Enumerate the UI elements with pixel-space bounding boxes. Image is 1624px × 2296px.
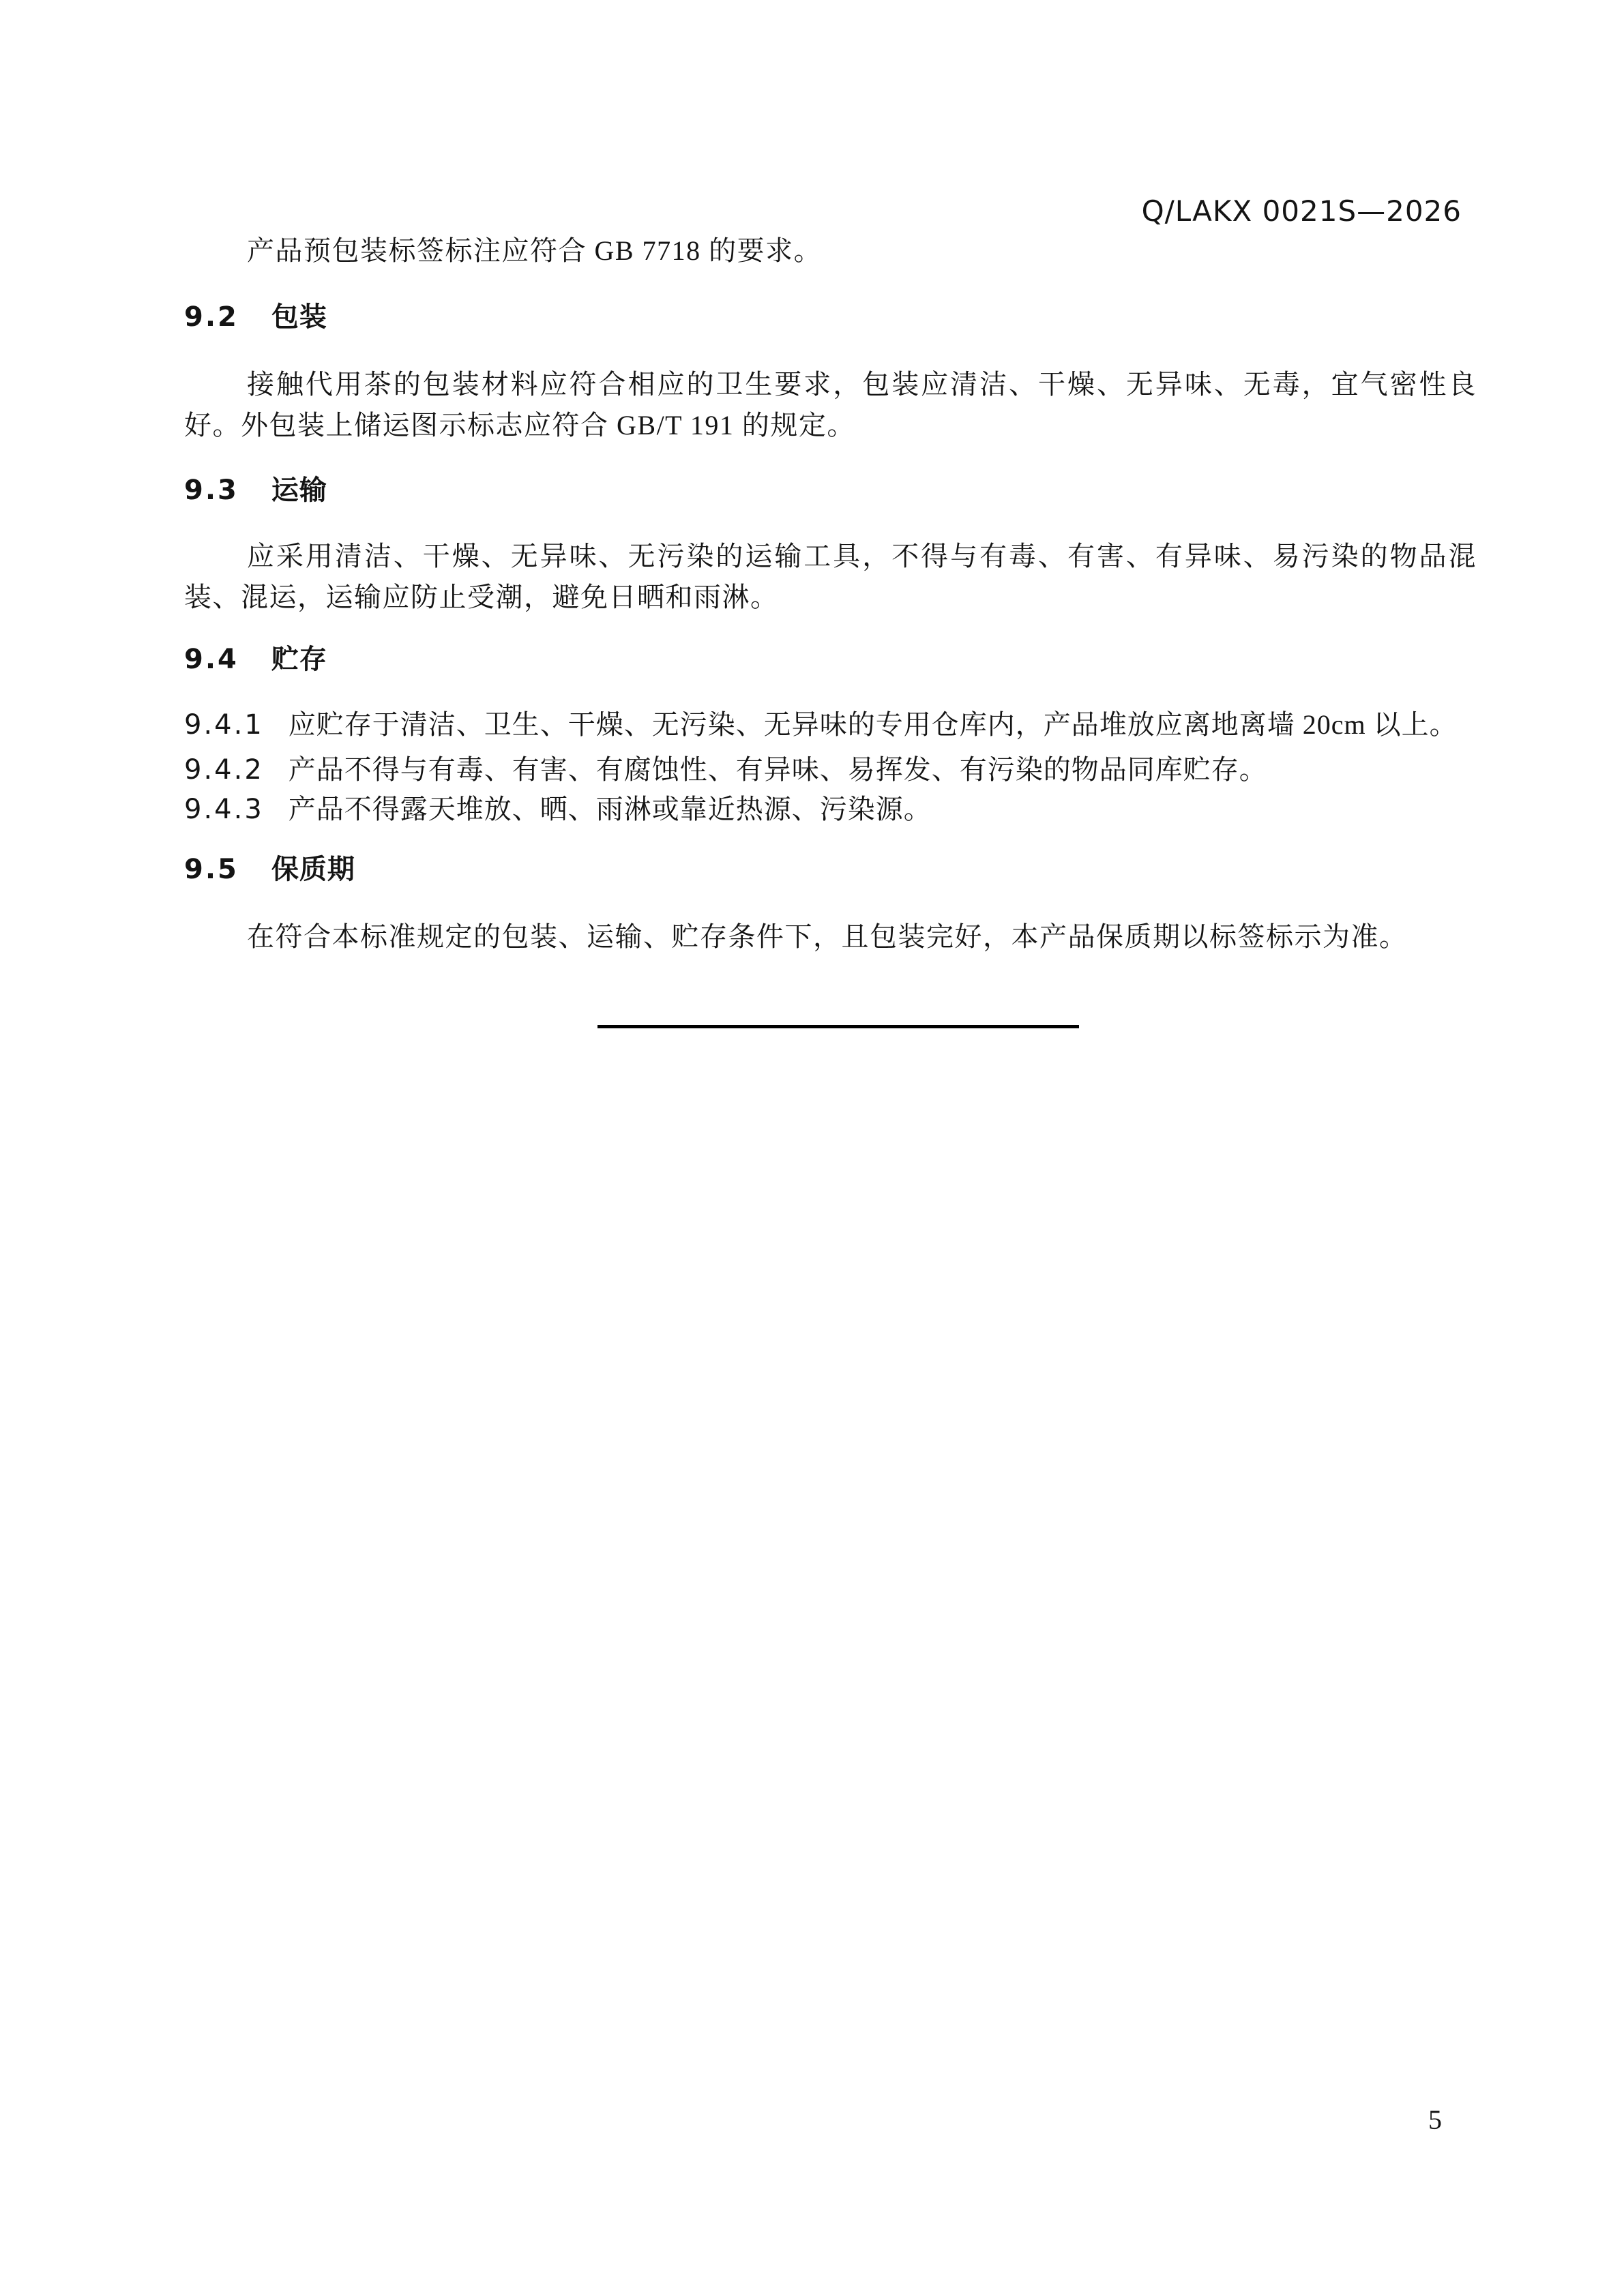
- section-number: 9.3: [184, 475, 239, 506]
- section-heading-9-2: 9.2包装: [184, 301, 1477, 333]
- section-9-5-body: 在符合本标准规定的包装、运输、贮存条件下，且包装完好，本产品保质期以标签标示为准…: [184, 916, 1477, 957]
- page-number: 5: [1428, 2104, 1442, 2136]
- section-title: 贮存: [271, 644, 327, 675]
- section-number: 9.5: [184, 854, 239, 885]
- section-9-3-body: 应采用清洁、干燥、无异味、无污染的运输工具，不得与有毒、有害、有异味、易污染的物…: [184, 536, 1477, 618]
- section-number: 9.2: [184, 301, 239, 333]
- standard-code: Q/LAKX 0021S—2026: [1142, 194, 1462, 228]
- clause-text: 产品不得与有毒、有害、有腐蚀性、有异味、易挥发、有污染的物品同库贮存。: [289, 750, 1267, 790]
- clause-number: 9.4.3: [184, 790, 264, 829]
- section-title: 包装: [271, 301, 327, 333]
- paragraph-labeling: 产品预包装标签标注应符合 GB 7718 的要求。: [184, 230, 1477, 271]
- clause-9-4-2: 9.4.2 产品不得与有毒、有害、有腐蚀性、有异味、易挥发、有污染的物品同库贮存…: [184, 750, 1477, 790]
- section-title: 运输: [271, 475, 327, 506]
- document-page: Q/LAKX 0021S—2026 产品预包装标签标注应符合 GB 7718 的…: [0, 0, 1624, 2296]
- paragraph-text: 产品预包装标签标注应符合 GB 7718 的要求。: [184, 230, 1477, 271]
- section-number: 9.4: [184, 644, 239, 675]
- section-heading-9-4: 9.4贮存: [184, 644, 1477, 675]
- clause-text: 产品不得露天堆放、晒、雨淋或靠近热源、污染源。: [289, 790, 932, 829]
- end-of-document-rule: [597, 1025, 1079, 1028]
- clause-9-4-3: 9.4.3 产品不得露天堆放、晒、雨淋或靠近热源、污染源。: [184, 790, 1477, 829]
- paragraph-text: 在符合本标准规定的包装、运输、贮存条件下，且包装完好，本产品保质期以标签标示为准…: [184, 916, 1477, 957]
- clause-text: 应贮存于清洁、卫生、干燥、无污染、无异味的专用仓库内，产品堆放应离地离墙 20c…: [289, 705, 1458, 745]
- section-heading-9-3: 9.3运输: [184, 475, 1477, 506]
- clause-number: 9.4.2: [184, 750, 264, 790]
- section-heading-9-5: 9.5保质期: [184, 854, 1477, 885]
- page-header: Q/LAKX 0021S—2026: [184, 195, 1462, 228]
- paragraph-text: 接触代用茶的包装材料应符合相应的卫生要求，包装应清洁、干燥、无异味、无毒，宜气密…: [184, 364, 1477, 446]
- clause-number: 9.4.1: [184, 705, 264, 745]
- clause-9-4-1: 9.4.1 应贮存于清洁、卫生、干燥、无污染、无异味的专用仓库内，产品堆放应离地…: [184, 705, 1477, 745]
- section-title: 保质期: [271, 854, 355, 885]
- section-9-2-body: 接触代用茶的包装材料应符合相应的卫生要求，包装应清洁、干燥、无异味、无毒，宜气密…: [184, 364, 1477, 446]
- paragraph-text: 应采用清洁、干燥、无异味、无污染的运输工具，不得与有毒、有害、有异味、易污染的物…: [184, 536, 1477, 618]
